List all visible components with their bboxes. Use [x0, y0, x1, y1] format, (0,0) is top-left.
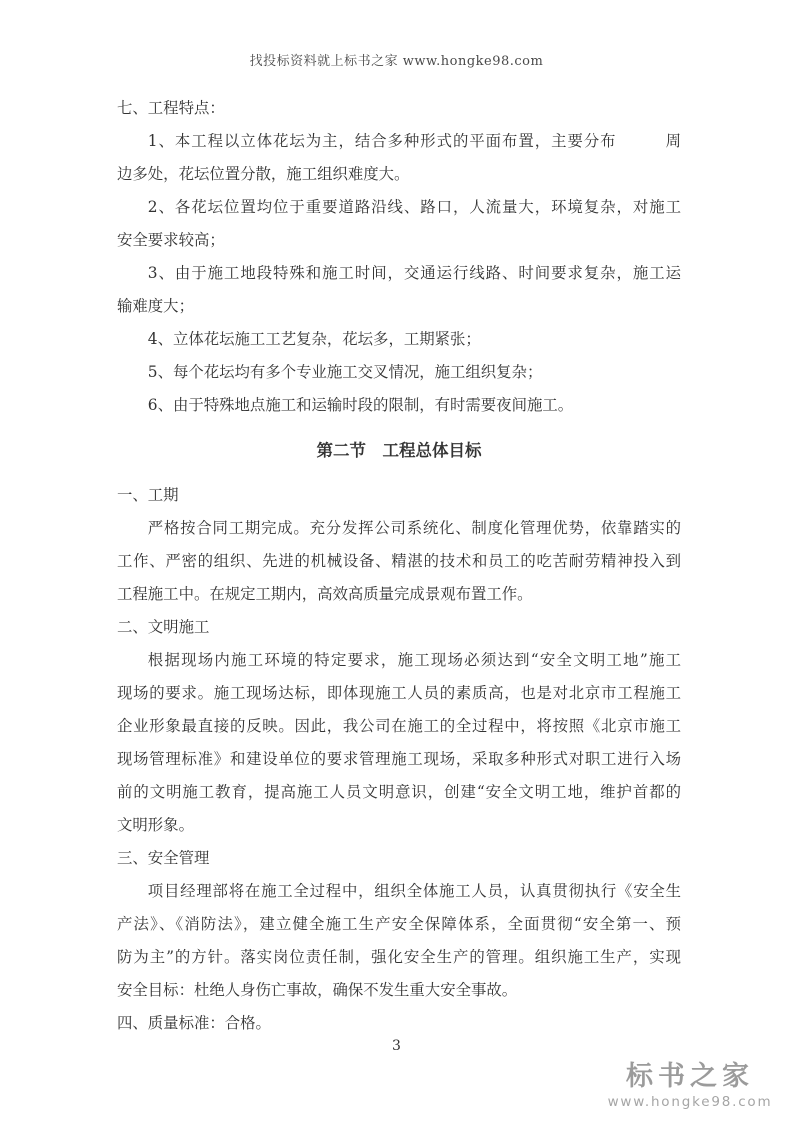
- text-line: 安全要求较高；: [117, 224, 681, 257]
- text-line: 一、工期: [117, 479, 681, 512]
- goal-1-body: 严格按合同工期完成。充分发挥公司系统化、制度化管理优势，依靠踏实的工作、严密的组…: [117, 512, 681, 611]
- feature-item-3: 3、由于施工地段特殊和施工时间，交通运行线路、时间要求复杂，施工运输难度大；: [117, 257, 681, 323]
- feature-item-6: 6、由于特殊地点施工和运输时段的限制，有时需要夜间施工。: [117, 389, 681, 422]
- section-2-title: 第二节 工程总体目标: [117, 434, 681, 467]
- text-line: 三、安全管理: [117, 842, 681, 875]
- text-line: 防为主”的方针。落实岗位责任制，强化安全生产的管理。组织施工生产，实现: [117, 941, 681, 974]
- text-line: 工程施工中。在规定工期内，高效高质量完成景观布置工作。: [117, 578, 681, 611]
- text-line: 二、文明施工: [117, 611, 681, 644]
- text-line: 边多处，花坛位置分散，施工组织难度大。: [117, 158, 681, 191]
- feature-item-5: 5、每个花坛均有多个专业施工交叉情况，施工组织复杂；: [117, 356, 681, 389]
- text-line: 项目经理部将在施工全过程中，组织全体施工人员，认真贯彻执行《安全生: [117, 875, 681, 908]
- document-body: 七、工程特点：1、本工程以立体花坛为主，结合多种形式的平面布置，主要分布 周边多…: [117, 92, 681, 1040]
- watermark-logo-text: 标书之家: [595, 1062, 785, 1092]
- goal-2-heading: 二、文明施工: [117, 611, 681, 644]
- text-line: 严格按合同工期完成。充分发挥公司系统化、制度化管理优势，依靠踏实的: [117, 512, 681, 545]
- feature-item-2: 2、各花坛位置均位于重要道路沿线、路口，人流量大，环境复杂，对施工安全要求较高；: [117, 191, 681, 257]
- text-line: 1、本工程以立体花坛为主，结合多种形式的平面布置，主要分布 周: [117, 125, 681, 158]
- feature-item-1: 1、本工程以立体花坛为主，结合多种形式的平面布置，主要分布 周边多处，花坛位置分…: [117, 125, 681, 191]
- goal-3-heading: 三、安全管理: [117, 842, 681, 875]
- text-line: 输难度大；: [117, 290, 681, 323]
- page-header-watermark-text: 找投标资料就上标书之家 www.hongke98.com: [0, 50, 793, 69]
- text-line: 前的文明施工教育，提高施工人员文明意识，创建“安全文明工地，维护首都的: [117, 776, 681, 809]
- text-line: 现场管理标准》和建设单位的要求管理施工现场，采取多种形式对职工进行入场: [117, 743, 681, 776]
- goal-2-body: 根据现场内施工环境的特定要求，施工现场必须达到“安全文明工地”施工现场的要求。施…: [117, 644, 681, 842]
- feature-item-4: 4、立体花坛施工工艺复杂，花坛多，工期紧张；: [117, 323, 681, 356]
- goal-1-heading: 一、工期: [117, 479, 681, 512]
- text-line: 2、各花坛位置均位于重要道路沿线、路口，人流量大，环境复杂，对施工: [117, 191, 681, 224]
- text-line: 四、质量标准：合格。: [117, 1007, 681, 1040]
- text-line: 6、由于特殊地点施工和运输时段的限制，有时需要夜间施工。: [117, 389, 681, 422]
- text-line: 4、立体花坛施工工艺复杂，花坛多，工期紧张；: [117, 323, 681, 356]
- text-line: 企业形象最直接的反映。因此，我公司在施工的全过程中，将按照《北京市施工: [117, 710, 681, 743]
- text-line: 根据现场内施工环境的特定要求，施工现场必须达到“安全文明工地”施工: [117, 644, 681, 677]
- goal-3-body: 项目经理部将在施工全过程中，组织全体施工人员，认真贯彻执行《安全生产法》、《消防…: [117, 875, 681, 1007]
- text-line: 第二节 工程总体目标: [117, 434, 681, 467]
- text-line: 现场的要求。施工现场达标，即体现施工人员的素质高，也是对北京市工程施工: [117, 677, 681, 710]
- watermark-logo: 标书之家 www.hongke98.com: [595, 1062, 785, 1110]
- heading-project-features: 七、工程特点：: [117, 92, 681, 125]
- text-line: 文明形象。: [117, 809, 681, 842]
- text-line: 工作、严密的组织、先进的机械设备、精湛的技术和员工的吃苦耐劳精神投入到: [117, 545, 681, 578]
- document-page: 找投标资料就上标书之家 www.hongke98.com 七、工程特点：1、本工…: [0, 0, 793, 1122]
- text-line: 七、工程特点：: [117, 92, 681, 125]
- text-line: 产法》、《消防法》，建立健全施工生产安全保障体系，全面贯彻“安全第一、预: [117, 908, 681, 941]
- page-number: 3: [0, 1038, 793, 1054]
- text-line: 5、每个花坛均有多个专业施工交叉情况，施工组织复杂；: [117, 356, 681, 389]
- text-line: 3、由于施工地段特殊和施工时间，交通运行线路、时间要求复杂，施工运: [117, 257, 681, 290]
- watermark-url: www.hongke98.com: [595, 1094, 785, 1110]
- text-line: 安全目标：杜绝人身伤亡事故，确保不发生重大安全事故。: [117, 974, 681, 1007]
- goal-4-heading: 四、质量标准：合格。: [117, 1007, 681, 1040]
